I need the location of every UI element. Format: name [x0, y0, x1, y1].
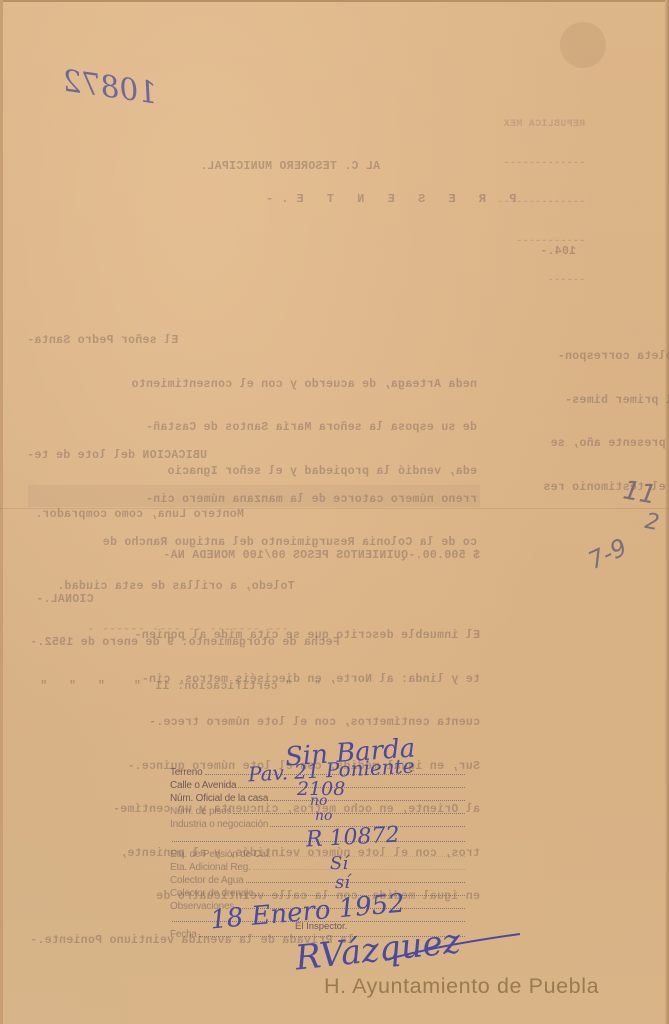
handwritten-num-pisos: no — [310, 793, 327, 809]
letterhead-line: ------ — [497, 274, 585, 287]
paper-left-edge — [0, 0, 3, 1024]
dotted-line — [270, 800, 465, 801]
dotted-line — [238, 787, 465, 788]
shaded-band — [28, 485, 480, 507]
field-label: Núm. Oficial de la casa — [170, 793, 270, 804]
paper-top-edge — [0, 0, 669, 2]
text-line: El inmueble descrito que se cita mide al… — [20, 629, 480, 644]
field-label: Calle o Avenida — [170, 780, 238, 791]
pencil-mark: 11 — [621, 475, 659, 510]
text-line: al primer bimes- — [480, 394, 669, 409]
handwritten-colector-drenaje: sí — [335, 872, 350, 893]
text-line: neda Arteaga, de acuerdo y con el consen… — [27, 378, 477, 393]
field-label: Colector de drenaje — [170, 888, 255, 899]
signature-flourish — [380, 930, 530, 970]
seal-bleed-through — [560, 22, 606, 68]
dotted-line — [233, 813, 465, 814]
reference-bleed-through: 104.- — [540, 245, 576, 260]
field-label: Eta. Adicional Reg. — [170, 862, 253, 873]
dotted-line — [246, 882, 465, 883]
form-field-colector-agua: Colector de Agua — [170, 873, 465, 886]
handwritten-industria: no — [315, 808, 332, 824]
text-line: boleta correspon- — [480, 350, 669, 365]
text-line: El señor Pedro Santa- — [27, 334, 477, 349]
paper-right-edge — [665, 0, 669, 1024]
handwritten-colector-agua: Sí — [330, 853, 348, 874]
handwritten-registro: R 10872 — [305, 823, 400, 853]
addressee-bleed-through: AL C. TESORERO MUNICIPAL. — [200, 160, 380, 175]
field-label: Industria o negociación — [170, 819, 270, 830]
dotted-line — [273, 856, 465, 857]
text-line: UBICACION del lote de te- — [27, 449, 477, 464]
text-line: cuenta centímetros, con el lote número t… — [20, 716, 480, 731]
amount-line: $ 500.00.-QUINIENTOS PESOS 00/100 MONEDA… — [20, 549, 480, 564]
text-line: te y linda: al Norte, en dieciséis metro… — [20, 673, 480, 688]
text-line: l presente año, se — [480, 437, 669, 452]
field-label: Fecha — [170, 929, 199, 940]
letterhead-line: ------------- — [497, 157, 585, 170]
field-label: Terreno — [170, 767, 205, 778]
archive-watermark: H. Ayuntamiento de Puebla — [324, 974, 599, 999]
field-label: Colector de Agua — [170, 875, 246, 886]
dotted-line — [253, 869, 465, 870]
presente-bleed-through: P R E S E N T E.- — [258, 192, 516, 207]
field-label: Eta. de Pensión de Cat. — [170, 849, 273, 860]
letterhead-line: REPUBLICA MEX — [497, 118, 585, 131]
form-field-adicional: Eta. Adicional Reg. — [170, 860, 465, 873]
field-label: Núm. de pisos — [170, 806, 233, 817]
